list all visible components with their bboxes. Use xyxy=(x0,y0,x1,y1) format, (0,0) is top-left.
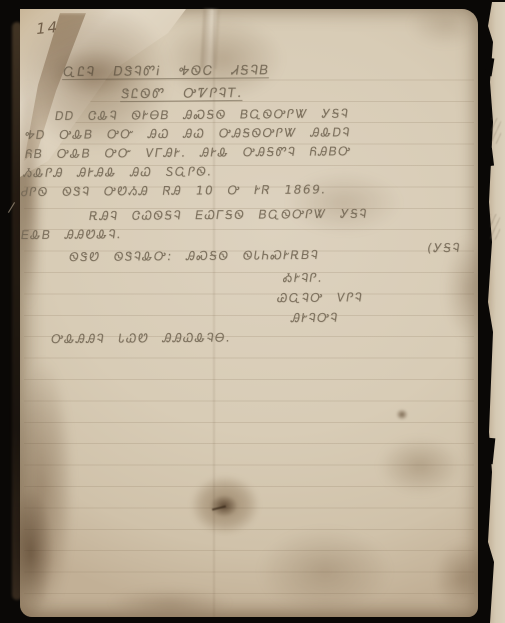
manuscript-body-line: ᎠᎠ ᏣᎲᎸ ᏫᎨᎾᏴ ᎯᏍᎦᏫ ᏴᏩᏫᎤᎵᏔ ᎩᎦᎸ xyxy=(54,106,350,124)
signature-line: ᎣᎨᎸᎵ. xyxy=(282,271,325,286)
manuscript-body-line: ᏲᏴ ᎤᎲᏴ ᎤᏅ ᏙᎱᎯᎨ. ᎯᎨᎲ ᎤᎯᎦᏛᎸ ᏲᎯᏴᎤ xyxy=(24,144,353,162)
manuscript-date-line: ᏧᎵᏫ ᏫᏕᎸ ᎤᏬᏱᎯ ᏒᎯ 10 Ꭴ ᎨᏒ 1869. xyxy=(20,182,328,200)
top-tear-crease xyxy=(200,9,219,70)
manuscript-title-line: ᏕᏝᏫᏛ ᎤᏤᎵᎸᎢ. xyxy=(120,86,244,102)
adjacent-page-edge xyxy=(488,2,505,623)
manuscript-page: 14 ᏩᏝᎸ ᎠᏕᎸᏛᎥ ᎭᏫᏟ ᏗᎦᎸᏴ ᏕᏝᏫᏛ ᎤᏤᎵᎸᎢ. ᎠᎠ ᏣᎲᎸ… xyxy=(20,9,478,617)
margin-note: (ᎩᎦᎸ xyxy=(426,241,462,256)
signature-line: ᏊᏩᎸᎤ ᏙᎵᎸ xyxy=(276,290,364,306)
page-number: 14 xyxy=(35,18,61,39)
adjacent-page-writing-trace xyxy=(490,214,500,240)
manuscript-body-line: ᏫᏕᏬ ᏫᏕᎸᎲᎤ: ᎯᏍᎦᏫ ᏫᏓᏂᏍᎨᎡᏴᎸ xyxy=(68,248,320,265)
closing-line: ᎤᎲᎯᎯᎸ ᏓᏇᏬ ᎯᎯᏇᎲᎸᎾ. xyxy=(50,330,232,347)
stain-blotch xyxy=(408,3,484,47)
adjacent-page-writing-trace xyxy=(491,118,501,144)
manuscript-title-line: ᏩᏝᎸ ᎠᏕᎸᏛᎥ ᎭᏫᏟ ᏗᎦᎸᏴ xyxy=(62,63,271,80)
manuscript-body-line: ᎭᎠ ᎤᎲᏴ ᎤᏅ ᎯᏇ ᎯᏇ ᎤᎯᎦᏫᎤᎵᏔ ᎯᎲᎠᎸ xyxy=(24,125,352,143)
manuscript-body-line: ᎡᎯᎸ ᏣᏇᏫᎦᎸ ᎬᏇᎱᎦᏫ ᏴᏩᏫᎤᎵᏔ ᎩᎦᎸ xyxy=(88,207,369,224)
manuscript-body-line: ᏱᎲᎵᎯ ᎯᎨᎯᎲ ᎯᏇ ᏚᏩᎵᏫ. xyxy=(22,164,214,181)
manuscript-body-line: ᎬᎲᏴ ᎯᎯᏬᎲᎸ. xyxy=(20,227,123,243)
manuscript-scan: / 14 ᏩᏝᎸ ᎠᏕᎸᏛᎥ ᎭᏫᏟ ᏗᎦᎸᏴ ᏕᏝᏫᏛ ᎤᏤᎵᎸᎢ. ᎠᎠ Ꮳ… xyxy=(0,0,505,623)
signature-line: ᎯᎨᎸᎤᎸ xyxy=(290,311,340,326)
